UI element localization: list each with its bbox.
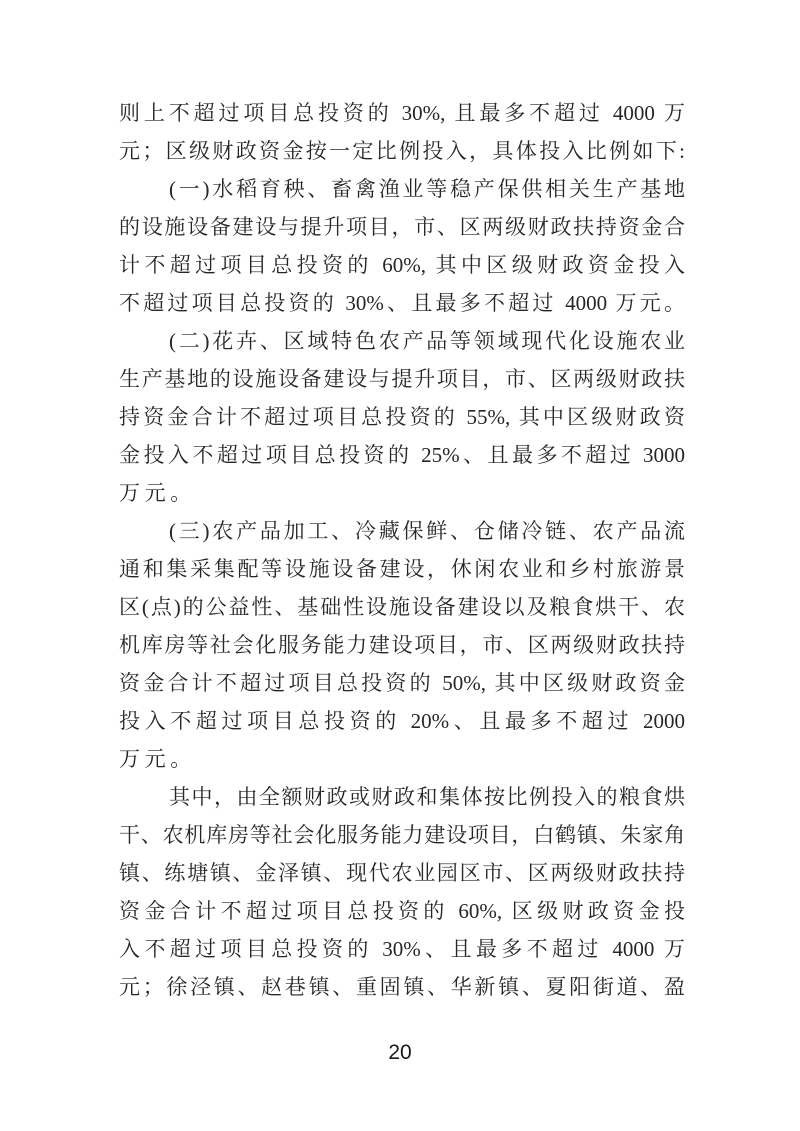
text-line: 资金合计不超过项目总投资的 50%, 其中区级财政资金 — [119, 664, 685, 702]
text-line: (三)农产品加工、冷藏保鲜、仓储冷链、农产品流 — [119, 512, 685, 550]
text-line: 区(点)的公益性、基础性设施设备建设以及粮食烘干、农 — [119, 588, 685, 626]
text-line: 的设施设备建设与提升项目，市、区两级财政扶持资金合 — [119, 208, 685, 246]
text-line: 生产基地的设施设备建设与提升项目，市、区两级财政扶 — [119, 360, 685, 398]
text-line: 入不超过项目总投资的 30%、且最多不超过 4000 万 — [119, 930, 685, 968]
text-line: 通和集采集配等设施设备建设，休闲农业和乡村旅游景 — [119, 550, 685, 588]
text-line: 万元。 — [119, 474, 685, 512]
document-page: 则上不超过项目总投资的 30%, 且最多不超过 4000 万元；区级财政资金按一… — [0, 0, 800, 1131]
text-line: 元；徐泾镇、赵巷镇、重固镇、华新镇、夏阳街道、盈 — [119, 968, 685, 1006]
page-number: 20 — [0, 1038, 800, 1068]
text-line: 其中，由全额财政或财政和集体按比例投入的粮食烘 — [119, 778, 685, 816]
text-line: 投入不超过项目总投资的 20%、且最多不超过 2000 — [119, 702, 685, 740]
document-lines: 则上不超过项目总投资的 30%, 且最多不超过 4000 万元；区级财政资金按一… — [119, 94, 685, 1006]
text-line: 计不超过项目总投资的 60%, 其中区级财政资金投入 — [119, 246, 685, 284]
text-line: (二)花卉、区域特色农产品等领域现代化设施农业 — [119, 322, 685, 360]
text-line: 持资金合计不超过项目总投资的 55%, 其中区级财政资 — [119, 398, 685, 436]
text-line: 镇、练塘镇、金泽镇、现代农业园区市、区两级财政扶持 — [119, 854, 685, 892]
text-line: 金投入不超过项目总投资的 25%、且最多不超过 3000 — [119, 436, 685, 474]
text-line: (一)水稻育秧、畜禽渔业等稳产保供相关生产基地 — [119, 170, 685, 208]
text-line: 干、农机库房等社会化服务能力建设项目，白鹤镇、朱家角 — [119, 816, 685, 854]
text-line: 元；区级财政资金按一定比例投入，具体投入比例如下: — [119, 132, 685, 170]
text-line: 则上不超过项目总投资的 30%, 且最多不超过 4000 万 — [119, 94, 685, 132]
text-line: 资金合计不超过项目总投资的 60%, 区级财政资金投 — [119, 892, 685, 930]
text-line: 万元。 — [119, 740, 685, 778]
text-line: 机库房等社会化服务能力建设项目，市、区两级财政扶持 — [119, 626, 685, 664]
text-line: 不超过项目总投资的 30%、且最多不超过 4000 万元。 — [119, 284, 685, 322]
